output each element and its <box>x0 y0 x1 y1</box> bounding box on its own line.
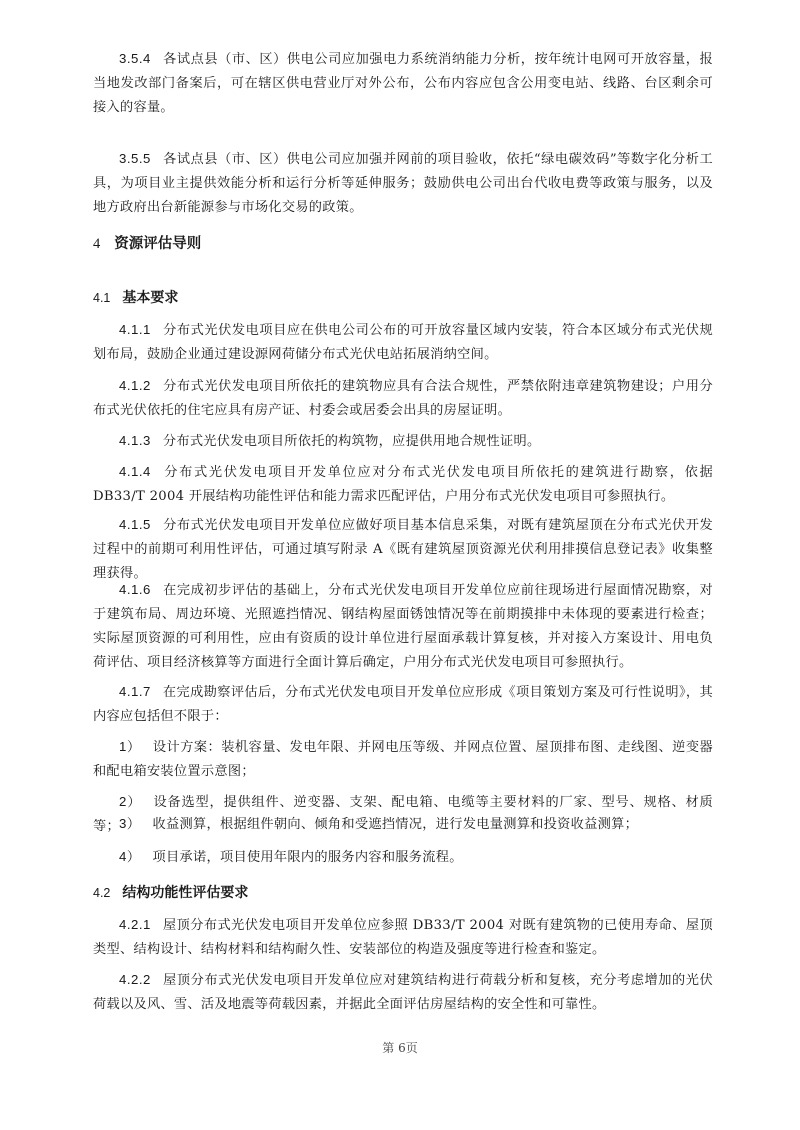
section-heading-4-1: 4.1基本要求 <box>93 287 178 307</box>
section-heading-4: 4资源评估导则 <box>93 232 201 253</box>
clause-4-1-3: 4.1.3分布式光伏发电项目所依托的构筑物，应提供用地合规性证明。 <box>93 429 713 454</box>
clause-4-1-2: 4.1.2分布式光伏发电项目所依托的建筑物应具有合法合规性，严禁依附违章建筑物建… <box>93 374 713 423</box>
list-item-3: 3）收益测算，根据组件朝向、倾角和受遮挡情况，进行发电量测算和投资收益测算； <box>93 812 713 837</box>
clause-3-5-5: 3.5.5各试点县（市、区）供电公司应加强并网前的项目验收，依托“绿电碳效码”等… <box>93 147 713 220</box>
clause-4-1-6: 4.1.6在完成初步评估的基础上，分布式光伏发电项目开发单位应前往现场进行屋面情… <box>93 578 713 675</box>
clause-3-5-4: 3.5.4各试点县（市、区）供电公司应加强电力系统消纳能力分析，按年统计电网可开… <box>93 47 713 120</box>
clause-4-1-1: 4.1.1分布式光伏发电项目应在供电公司公布的可开放容量区域内安装，符合本区域分… <box>93 318 713 367</box>
clause-4-1-4: 4.1.4分布式光伏发电项目开发单位应对分布式光伏发电项目所依托的建筑进行勘察，… <box>93 460 713 509</box>
list-item-4: 4）项目承诺，项目使用年限内的服务内容和服务流程。 <box>93 845 713 870</box>
section-heading-4-2: 4.2结构功能性评估要求 <box>93 882 248 902</box>
page-number: 第 6页 <box>0 1039 800 1056</box>
clause-4-1-7: 4.1.7在完成勘察评估后，分布式光伏发电项目开发单位应形成《项目策划方案及可行… <box>93 680 713 729</box>
clause-4-2-1: 4.2.1屋顶分布式光伏发电项目开发单位应参照 DB33/T 2004 对既有建… <box>93 913 713 962</box>
list-item-1: 1）设计方案：装机容量、发电年限、并网电压等级、并网点位置、屋顶排布图、走线图、… <box>93 735 713 784</box>
clause-4-2-2: 4.2.2屋顶分布式光伏发电项目开发单位应对建筑结构进行荷载分析和复核，充分考虑… <box>93 968 713 1017</box>
clause-4-1-5: 4.1.5分布式光伏发电项目开发单位应做好项目基本信息采集，对既有建筑屋顶在分布… <box>93 513 713 586</box>
